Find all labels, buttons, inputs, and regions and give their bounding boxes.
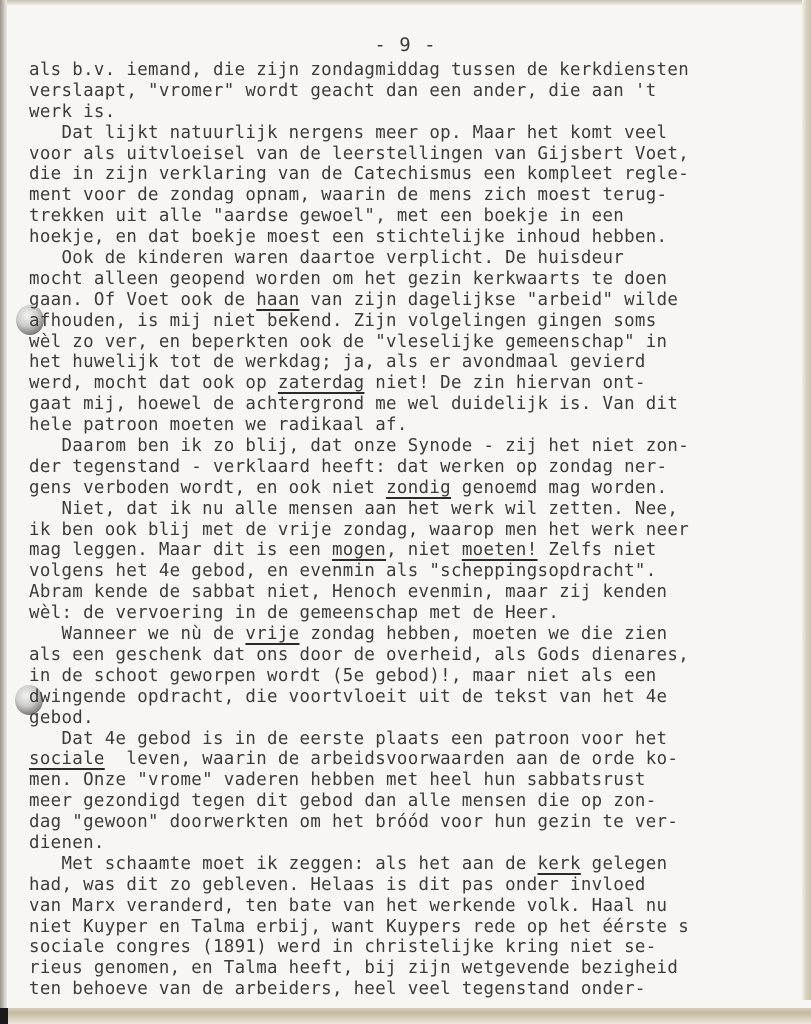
text-line: meer gezondigd tegen dit gebod dan alle … [29,791,809,812]
text-line: ten behoeve van de arbeiders, heel veel … [29,979,809,1000]
text-segment: , niet [386,540,462,560]
text-line: Ook de kinderen waren daartoe verplicht.… [29,248,809,269]
text-line: werd, mocht dat ook op zaterdag niet! De… [29,373,809,394]
scan-top-edge [7,0,803,5]
text-line: hele patroon moeten we radikaal af. [29,415,809,436]
text-line: Daarom ben ik zo blij, dat onze Synode -… [29,436,809,457]
text-line: Met schaamte moet ik zeggen: als het aan… [29,854,809,875]
text-line: dienen. [29,833,809,854]
text-line: werk is. [29,102,809,123]
text-line: hoekje, en dat boekje moest een stichtel… [29,227,809,248]
underlined-word: sociale [29,749,105,769]
text-segment: leven, waarin de arbeidsvoorwaarden aan … [105,749,678,769]
underlined-word: kerk [538,854,581,874]
underlined-word: vrije [245,624,299,644]
text-line: als b.v. iemand, die zijn zondagmiddag t… [29,60,809,81]
underlined-word: haan [256,290,299,310]
text-line: ik ben ook blij met de vrije zondag, waa… [29,520,809,541]
scan-bottom-edge [0,1008,811,1024]
text-line: volgens het 4e gebod, en evenmin als "sc… [29,561,809,582]
text-line: niet Kuyper en Talma erbij, want Kuypers… [29,917,809,938]
text-line: gens verboden wordt, en ook niet zondig … [29,478,809,499]
document-body: als b.v. iemand, die zijn zondagmiddag t… [29,60,809,1000]
text-line: het huwelijk tot de werkdag; ja, als er … [29,352,809,373]
scanned-page: - 9 - als b.v. iemand, die zijn zondagmi… [0,0,811,1024]
text-line: trekken uit alle "aardse gewoel", met ee… [29,206,809,227]
text-line: Wanneer we nù de vrije zondag hebben, mo… [29,624,809,645]
text-line: wèl: de vervoering in de gemeenschap met… [29,603,809,624]
underlined-word: moeten! [462,540,538,560]
text-segment: gaan. Of Voet ook de [29,290,256,310]
text-line: der tegenstand - verklaard heeft: dat we… [29,457,809,478]
text-line: verslaapt, "vromer" wordt geacht dan een… [29,81,809,102]
text-line: gebod. [29,708,809,729]
underlined-word: zaterdag [278,373,365,393]
text-line: gaat mij, hoewel de achtergrond me wel d… [29,394,809,415]
text-line: sociale congres (1891) werd in christeli… [29,937,809,958]
text-line: men. Onze "vrome" vaderen hebben met hee… [29,770,809,791]
text-segment: Met schaamte moet ik zeggen: als het aan… [29,854,538,874]
text-line: van Marx veranderd, ten bate van het wer… [29,896,809,917]
text-line: rieus genomen, en Talma heeft, bij zijn … [29,958,809,979]
text-line: dwingende opdracht, die voortvloeit uit … [29,687,809,708]
text-segment: gens verboden wordt, en ook niet [29,478,386,498]
text-line: Abram kende de sabbat niet, Henoch evenm… [29,582,809,603]
underlined-word: mogen [332,540,386,560]
text-line: als een geschenk dat ons door de overhei… [29,645,809,666]
text-line: die in zijn verklaring van de Catechismu… [29,164,809,185]
text-line: sociale leven, waarin de arbeidsvoorwaar… [29,749,809,770]
text-line: gaan. Of Voet ook de haan van zijn dagel… [29,290,809,311]
text-segment: genoemd mag worden. [451,478,667,498]
text-line: mocht alleen geopend worden om het gezin… [29,269,809,290]
text-line: had, was dit zo gebleven. Helaas is dit … [29,875,809,896]
text-line: dag "gewoon" doorwerkten om het bróód vo… [29,812,809,833]
text-line: in de schoot geworpen wordt (5e gebod)!,… [29,666,809,687]
text-line: Dat lijkt natuurlijk nergens meer op. Ma… [29,123,809,144]
text-segment: gelegen [581,854,668,874]
text-segment: Wanneer we nù de [29,624,245,644]
text-segment: niet! De zin hiervan ont- [364,373,645,393]
text-line: mag leggen. Maar dit is een mogen, niet … [29,540,809,561]
text-line: Niet, dat ik nu alle mensen aan het werk… [29,499,809,520]
scan-left-edge [0,0,7,1024]
text-segment: Zelfs niet [538,540,657,560]
text-line: afhouden, is mij niet bekend. Zijn volge… [29,311,809,332]
text-segment: werd, mocht dat ook op [29,373,278,393]
underlined-word: zondig [386,478,451,498]
text-segment: zondag hebben, moeten we die zien [300,624,668,644]
text-line: Dat 4e gebod is in de eerste plaats een … [29,729,809,750]
text-line: wèl zo ver, en beperkten ook de "vleseli… [29,332,809,353]
text-line: ment voor de zondag opnam, waarin de men… [29,185,809,206]
text-line: voor als uitvloeisel van de leerstelling… [29,144,809,165]
text-segment: mag leggen. Maar dit is een [29,540,332,560]
page-number: - 9 - [0,34,811,56]
scan-corner-shadow [0,1008,8,1024]
text-segment: van zijn dagelijkse "arbeid" wilde [300,290,679,310]
